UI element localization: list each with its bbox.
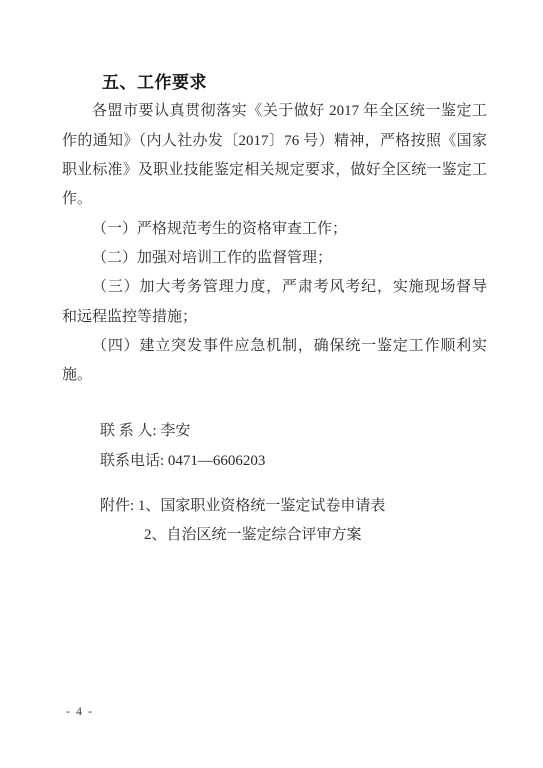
paragraph-line-2: 作的通知》（内人社办发〔2017〕76 号）精神，严格按照《国家	[62, 127, 487, 156]
document-page: 五、工作要求 各盟市要认真贯彻落实《关于做好 2017 年全区统一鉴定工 作的通…	[0, 0, 543, 768]
contact-person-line: 联 系 人: 李安	[62, 417, 487, 446]
section-heading: 五、工作要求	[62, 68, 487, 97]
list-item-1: （一）严格规范考生的资格审查工作；	[62, 215, 487, 244]
attachments-line-2: 2、自治区统一鉴定综合评审方案	[62, 521, 487, 550]
attachments-line-1: 附件: 1、国家职业资格统一鉴定试卷申请表	[62, 492, 487, 521]
list-item-4-line-2: 施。	[62, 361, 487, 390]
list-item-4-line-1: （四）建立突发事件应急机制，确保统一鉴定工作顺利实	[62, 332, 487, 361]
paragraph-line-1: 各盟市要认真贯彻落实《关于做好 2017 年全区统一鉴定工	[62, 97, 487, 126]
contact-phone-line: 联系电话: 0471—6606203	[62, 447, 487, 476]
page-number: - 4 -	[66, 703, 94, 719]
paragraph-line-3: 职业标准》及职业技能鉴定相关规定要求，做好全区统一鉴定工	[62, 156, 487, 185]
list-item-2: （二）加强对培训工作的监督管理；	[62, 244, 487, 273]
document-body: 五、工作要求 各盟市要认真贯彻落实《关于做好 2017 年全区统一鉴定工 作的通…	[62, 0, 487, 551]
list-item-3-line-1: （三）加大考务管理力度，严肃考风考纪，实施现场督导	[62, 273, 487, 302]
list-item-3-line-2: 和远程监控等措施；	[62, 303, 487, 332]
paragraph-line-4: 作。	[62, 185, 487, 214]
